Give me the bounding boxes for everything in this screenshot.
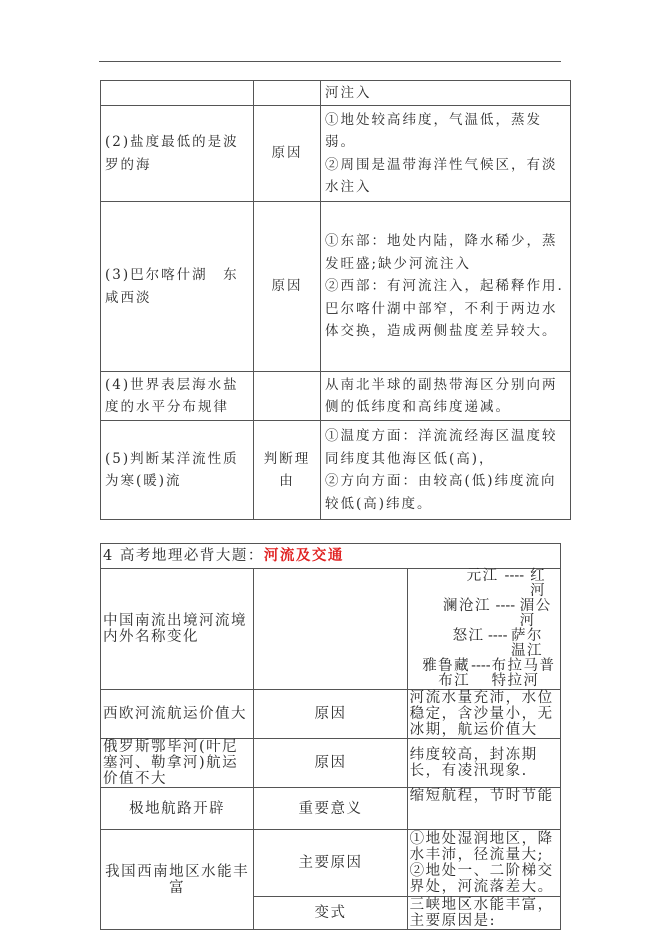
- content-line: ①地处较高纬度，气温低，蒸发弱。: [325, 109, 566, 154]
- content-line: ②方向方面：由较高(低)纬度流向较低(高)纬度。: [325, 470, 566, 515]
- content-line: ②地处一、二阶梯交界处，河流落差大。: [410, 863, 558, 895]
- river-pair: 澜沧江----湄公河: [410, 599, 558, 629]
- table-row: (5)判断某洋流性质为寒(暖)流 判断理由 ①温度方面：洋流流经海区温度较同纬度…: [101, 421, 571, 520]
- topic-cell: 极地航路开辟: [101, 788, 254, 830]
- content-cell: 河注入: [321, 81, 571, 106]
- type-cell: [254, 372, 321, 421]
- title-prefix: 4 高考地理必背大题：: [103, 548, 264, 564]
- table-row: (3)巴尔喀什湖 东咸西淡 原因 ①东部：地处内陆，降水稀少，蒸发旺盛;缺少河流…: [101, 202, 571, 372]
- table-row: 我国西南地区水能丰富 主要原因 ①地处湿润地区，降水丰沛，径流量大; ②地处一、…: [101, 830, 561, 897]
- content-line: 巴尔喀什湖中部窄，不利于两边水体交换，造成两侧盐度差异较大。: [325, 298, 566, 343]
- topic-cell: 俄罗斯鄂毕河(叶尼塞河、勒拿河)航运价值不大: [101, 739, 254, 788]
- topic-cell: 西欧河流航运价值大: [101, 690, 254, 739]
- table-row: 中国南流出境河流境内外名称变化 元江----红河 澜沧江----湄公河 怒江--…: [101, 569, 561, 690]
- content-cell: 纬度较高，封冻期长，有凌汛现象.: [407, 739, 560, 788]
- type-cell: 主要原因: [254, 830, 407, 897]
- outer-name: 红河: [530, 569, 558, 599]
- content-cell: 河流水量充沛，水位稳定，含沙量小，无冰期，航运价值大: [407, 690, 560, 739]
- content-cell: 缩短航程，节时节能: [407, 788, 560, 830]
- salinity-table: 河注入 (2)盐度最低的是波罗的海 原因 ①地处较高纬度，气温低，蒸发弱。 ②周…: [100, 80, 571, 520]
- content-cell: 从南北半球的副热带海区分别向两侧的低纬度和高纬度递减。: [321, 372, 571, 421]
- topic-cell: (5)判断某洋流性质为寒(暖)流: [101, 421, 254, 520]
- type-cell: [254, 569, 407, 690]
- content-cell: 三峡地区水能丰富，主要原因是:: [407, 897, 560, 930]
- topic-cell: (2)盐度最低的是波罗的海: [101, 106, 254, 202]
- table-row: 俄罗斯鄂毕河(叶尼塞河、勒拿河)航运价值不大 原因 纬度较高，封冻期长，有凌汛现…: [101, 739, 561, 788]
- table-row: (2)盐度最低的是波罗的海 原因 ①地处较高纬度，气温低，蒸发弱。 ②周围是温带…: [101, 106, 571, 202]
- dash: ----: [491, 599, 520, 629]
- river-pair: 雅鲁藏布江----布拉马普特拉河: [410, 659, 558, 689]
- type-cell: 原因: [254, 106, 321, 202]
- outer-name: 湄公河: [520, 599, 558, 629]
- inner-name: 怒江: [410, 629, 485, 659]
- content-line: ①东部：地处内陆，降水稀少，蒸发旺盛;缺少河流注入: [325, 230, 566, 275]
- content-cell: ①地处较高纬度，气温低，蒸发弱。 ②周围是温带海洋性气候区，有淡水注入: [321, 106, 571, 202]
- table-row: 极地航路开辟 重要意义 缩短航程，节时节能: [101, 788, 561, 830]
- header-rule: [99, 61, 561, 62]
- dash: ----: [470, 659, 491, 689]
- table-row: 河注入: [101, 81, 571, 106]
- river-pair: 元江----红河: [410, 569, 558, 599]
- topic-cell: (4)世界表层海水盐度的水平分布规律: [101, 372, 254, 421]
- type-cell: [254, 81, 321, 106]
- type-cell: 重要意义: [254, 788, 407, 830]
- content-cell: ①东部：地处内陆，降水稀少，蒸发旺盛;缺少河流注入 ②西部：有河流注入，起稀释作…: [321, 202, 571, 372]
- outer-name: 萨尔温江: [511, 629, 558, 659]
- inner-name: 澜沧江: [410, 599, 491, 629]
- content-line: ①地处湿润地区，降水丰沛，径流量大;: [410, 831, 558, 863]
- table-title-row: 4 高考地理必背大题：河流及交通: [101, 544, 561, 569]
- type-cell: 原因: [254, 739, 407, 788]
- table-row: 西欧河流航运价值大 原因 河流水量充沛，水位稳定，含沙量小，无冰期，航运价值大: [101, 690, 561, 739]
- inner-name: 元江: [410, 569, 499, 599]
- type-cell: 原因: [254, 690, 407, 739]
- content-cell: ①温度方面：洋流流经海区温度较同纬度其他海区低(高)， ②方向方面：由较高(低)…: [321, 421, 571, 520]
- dash: ----: [485, 629, 511, 659]
- content-line: ①温度方面：洋流流经海区温度较同纬度其他海区低(高)，: [325, 425, 566, 470]
- topic-cell: 我国西南地区水能丰富: [101, 830, 254, 930]
- title-highlight: 河流及交通: [264, 547, 344, 564]
- type-cell: 原因: [254, 202, 321, 372]
- content-cell: ①地处湿润地区，降水丰沛，径流量大; ②地处一、二阶梯交界处，河流落差大。: [407, 830, 560, 897]
- river-name-list: 元江----红河 澜沧江----湄公河 怒江----萨尔温江 雅鲁藏布江----…: [407, 569, 560, 690]
- table-title: 4 高考地理必背大题：河流及交通: [101, 544, 561, 569]
- topic-cell: 中国南流出境河流境内外名称变化: [101, 569, 254, 690]
- table-row: (4)世界表层海水盐度的水平分布规律 从南北半球的副热带海区分别向两侧的低纬度和…: [101, 372, 571, 421]
- topic-cell: (3)巴尔喀什湖 东咸西淡: [101, 202, 254, 372]
- dash: ----: [499, 569, 530, 599]
- inner-name: 雅鲁藏布江: [410, 659, 471, 689]
- river-pair: 怒江----萨尔温江: [410, 629, 558, 659]
- type-cell: 变式: [254, 897, 407, 930]
- rivers-transport-table: 4 高考地理必背大题：河流及交通 中国南流出境河流境内外名称变化 元江----红…: [100, 543, 561, 930]
- topic-cell: [101, 81, 254, 106]
- outer-name: 布拉马普特拉河: [492, 659, 558, 689]
- content-line: ②周围是温带海洋性气候区，有淡水注入: [325, 154, 566, 199]
- type-cell: 判断理由: [254, 421, 321, 520]
- content-line: ②西部：有河流注入，起稀释作用.: [325, 275, 566, 298]
